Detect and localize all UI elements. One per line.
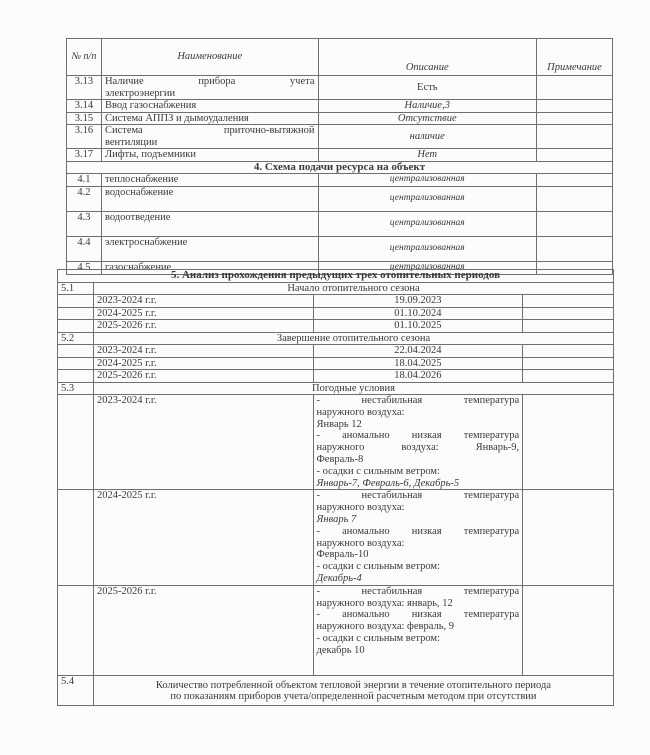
season-start-header: 5.1Начало отопительного сезона — [58, 282, 614, 295]
consumption-line1: Количество потребленной объектом теплово… — [97, 680, 610, 692]
table-row: 4.2водоснабжениецентрализованная — [67, 187, 613, 212]
period-date: 18.04.2026 — [313, 370, 523, 383]
row-number: 5.1 — [58, 282, 94, 295]
table-row: 2024-2025 г.г.01.10.2024 — [58, 307, 614, 320]
row-description: централизованная — [318, 237, 537, 262]
row-number: 3.16 — [67, 125, 102, 149]
upper-table: № п/п Наименование Описание Примечание 3… — [66, 38, 613, 275]
row-number — [58, 345, 94, 358]
weather-row: 2023-2024 г.г.- нестабильная температура… — [58, 395, 614, 490]
row-number: 5.3 — [58, 382, 94, 395]
period-date: 22.04.2024 — [313, 345, 523, 358]
section4-title: 4. Схема подачи ресурса на объект — [67, 161, 613, 174]
row-number — [58, 585, 94, 675]
weather-line: наружного воздуха: февраль, 9 — [317, 621, 520, 633]
row-name-line1: Лифты, подъемники — [105, 149, 315, 161]
weather-description: - нестабильная температуранаружного возд… — [313, 585, 523, 675]
weather-line: декабрь 10 — [317, 645, 520, 657]
period-label: 2025-2026 г.г. — [93, 585, 313, 675]
period-label: 2025-2026 г.г. — [93, 370, 313, 383]
table-row: 3.15Система АППЗ и дымоудаленияОтсутстви… — [67, 112, 613, 125]
row-number — [58, 395, 94, 490]
row-note — [537, 187, 613, 212]
row-number — [58, 490, 94, 585]
weather-row: 2025-2026 г.г.- нестабильная температура… — [58, 585, 614, 675]
subsection-title: Начало отопительного сезона — [93, 282, 613, 295]
period-label: 2025-2026 г.г. — [93, 320, 313, 333]
consumption-line2: по показаниям приборов учета/определенно… — [97, 691, 610, 703]
period-date: 01.10.2025 — [313, 320, 523, 333]
period-date: 19.09.2023 — [313, 295, 523, 308]
row-note — [523, 357, 614, 370]
lower-table: 5. Анализ прохождения предыдущих трех от… — [57, 269, 614, 706]
table-row: 3.16Система приточно-вытяжнойвентиляциин… — [67, 125, 613, 149]
row-name: теплоснабжение — [101, 174, 318, 187]
table-row: 3.17Лифты, подъемникиНет — [67, 149, 613, 162]
row-note — [537, 149, 613, 162]
period-date: 01.10.2024 — [313, 307, 523, 320]
period-label: 2024-2025 г.г. — [93, 357, 313, 370]
weather-description: - нестабильная температуранаружного возд… — [313, 395, 523, 490]
row-name: Наличие прибора учетаэлектроэнергии — [101, 76, 318, 100]
row-number: 4.2 — [67, 187, 102, 212]
row-number: 3.14 — [67, 100, 102, 113]
table-row: 2024-2025 г.г.18.04.2025 — [58, 357, 614, 370]
row-note — [523, 307, 614, 320]
row-name-line2: электроэнергии — [105, 88, 315, 100]
weather-line: - нестабильная температура — [317, 395, 520, 407]
row-number: 5.4 — [58, 675, 94, 705]
table-header-row: № п/п Наименование Описание Примечание — [67, 39, 613, 76]
table-row: 3.13Наличие прибора учетаэлектроэнергииЕ… — [67, 76, 613, 100]
row-description: Отсутствие — [318, 112, 537, 125]
period-label: 2023-2024 г.г. — [93, 395, 313, 490]
row-description: Нет — [318, 149, 537, 162]
row-note — [523, 295, 614, 308]
section5-title: 5. Анализ прохождения предыдущих трех от… — [58, 270, 614, 283]
row-description: централизованная — [318, 212, 537, 237]
period-label: 2024-2025 г.г. — [93, 307, 313, 320]
row-note — [537, 100, 613, 113]
weather-line: Февраль-10 — [317, 549, 520, 561]
row-name: Система приточно-вытяжнойвентиляции — [101, 125, 318, 149]
row-note — [523, 370, 614, 383]
header-note: Примечание — [537, 39, 613, 76]
weather-line: Январь 12 — [317, 419, 520, 431]
row-name: Ввод газоснабжения — [101, 100, 318, 113]
row-number: 3.17 — [67, 149, 102, 162]
weather-row: 2024-2025 г.г.- нестабильная температура… — [58, 490, 614, 585]
row-number: 3.15 — [67, 112, 102, 125]
row-number: 5.2 — [58, 332, 94, 345]
row-name: электроснабжение — [101, 237, 318, 262]
weather-line: наружного воздуха: — [317, 407, 520, 419]
weather-line: - осадки с сильным ветром: — [317, 466, 520, 478]
row-description: централизованная — [318, 187, 537, 212]
subsection-title: Завершение отопительного сезона — [93, 332, 613, 345]
section5-title-row: 5. Анализ прохождения предыдущих трех от… — [58, 270, 614, 283]
row-note — [523, 395, 614, 490]
row-name-line2: вентиляции — [105, 137, 315, 149]
row-note — [537, 174, 613, 187]
weather-line: - аномально низкая температура — [317, 526, 520, 538]
row-name: водоснабжение — [101, 187, 318, 212]
subsection-title: Погодные условия — [93, 382, 613, 395]
weather-line: - осадки с сильным ветром: — [317, 633, 520, 645]
weather-line: - осадки с сильным ветром: — [317, 561, 520, 573]
table-row: 4.1теплоснабжениецентрализованная — [67, 174, 613, 187]
row-name-line1: Наличие прибора учета — [105, 76, 315, 88]
row-number — [58, 320, 94, 333]
weather-header: 5.3Погодные условия — [58, 382, 614, 395]
weather-line: Январь 7 — [317, 514, 520, 526]
weather-line: Февраль-8 — [317, 454, 520, 466]
weather-line: Декабрь-4 — [317, 573, 520, 585]
weather-line: - нестабильная температура — [317, 586, 520, 598]
row-name: Система АППЗ и дымоудаления — [101, 112, 318, 125]
row-number — [58, 357, 94, 370]
weather-line: наружного воздуха: — [317, 502, 520, 514]
row-note — [537, 76, 613, 100]
table-row: 2023-2024 г.г.19.09.2023 — [58, 295, 614, 308]
season-end-header: 5.2Завершение отопительного сезона — [58, 332, 614, 345]
weather-line: - нестабильная температура — [317, 490, 520, 502]
row-note — [523, 320, 614, 333]
period-label: 2023-2024 г.г. — [93, 345, 313, 358]
row-description: Наличие,3 — [318, 100, 537, 113]
period-label: 2023-2024 г.г. — [93, 295, 313, 308]
row-note — [523, 490, 614, 585]
row-number: 4.1 — [67, 174, 102, 187]
weather-line: - аномально низкая температура — [317, 430, 520, 442]
section4-title-row: 4. Схема подачи ресурса на объект — [67, 161, 613, 174]
row-name: Лифты, подъемники — [101, 149, 318, 162]
row-name: водоотведение — [101, 212, 318, 237]
weather-line: наружного воздуха: январь, 12 — [317, 598, 520, 610]
row-description: наличие — [318, 125, 537, 149]
row-note — [537, 212, 613, 237]
row-number: 4.3 — [67, 212, 102, 237]
row-note — [537, 112, 613, 125]
row-number — [58, 370, 94, 383]
table-row: 4.4электроснабжениецентрализованная — [67, 237, 613, 262]
period-label: 2024-2025 г.г. — [93, 490, 313, 585]
row-description: централизованная — [318, 174, 537, 187]
row-number — [58, 295, 94, 308]
row-number — [58, 307, 94, 320]
weather-line: - аномально низкая температура — [317, 609, 520, 621]
period-date: 18.04.2025 — [313, 357, 523, 370]
row-name-line1: Ввод газоснабжения — [105, 100, 315, 112]
row-note — [523, 345, 614, 358]
consumption-text: Количество потребленной объектом теплово… — [93, 675, 613, 705]
table-row: 2025-2026 г.г.18.04.2026 — [58, 370, 614, 383]
document-page: № п/п Наименование Описание Примечание 3… — [0, 0, 650, 755]
weather-line: Январь-7, Февраль-6, Декабрь-5 — [317, 478, 520, 490]
weather-line: наружного воздуха: Январь-9, — [317, 442, 520, 454]
row-note — [537, 125, 613, 149]
weather-line: наружного воздуха: — [317, 538, 520, 550]
row-note — [523, 585, 614, 675]
table-row: 3.14Ввод газоснабженияНаличие,3 — [67, 100, 613, 113]
weather-description: - нестабильная температуранаружного возд… — [313, 490, 523, 585]
consumption-row: 5.4Количество потребленной объектом тепл… — [58, 675, 614, 705]
row-name-line1: Система АППЗ и дымоудаления — [105, 113, 315, 125]
row-number: 4.4 — [67, 237, 102, 262]
row-note — [537, 237, 613, 262]
table-row: 2025-2026 г.г.01.10.2025 — [58, 320, 614, 333]
row-name-line1: Система приточно-вытяжной — [105, 125, 315, 137]
header-num: № п/п — [67, 39, 102, 76]
table-row: 4.3водоотведениецентрализованная — [67, 212, 613, 237]
header-name: Наименование — [101, 39, 318, 76]
row-number: 3.13 — [67, 76, 102, 100]
table-row: 2023-2024 г.г.22.04.2024 — [58, 345, 614, 358]
row-description: Есть — [318, 76, 537, 100]
header-description: Описание — [318, 39, 537, 76]
